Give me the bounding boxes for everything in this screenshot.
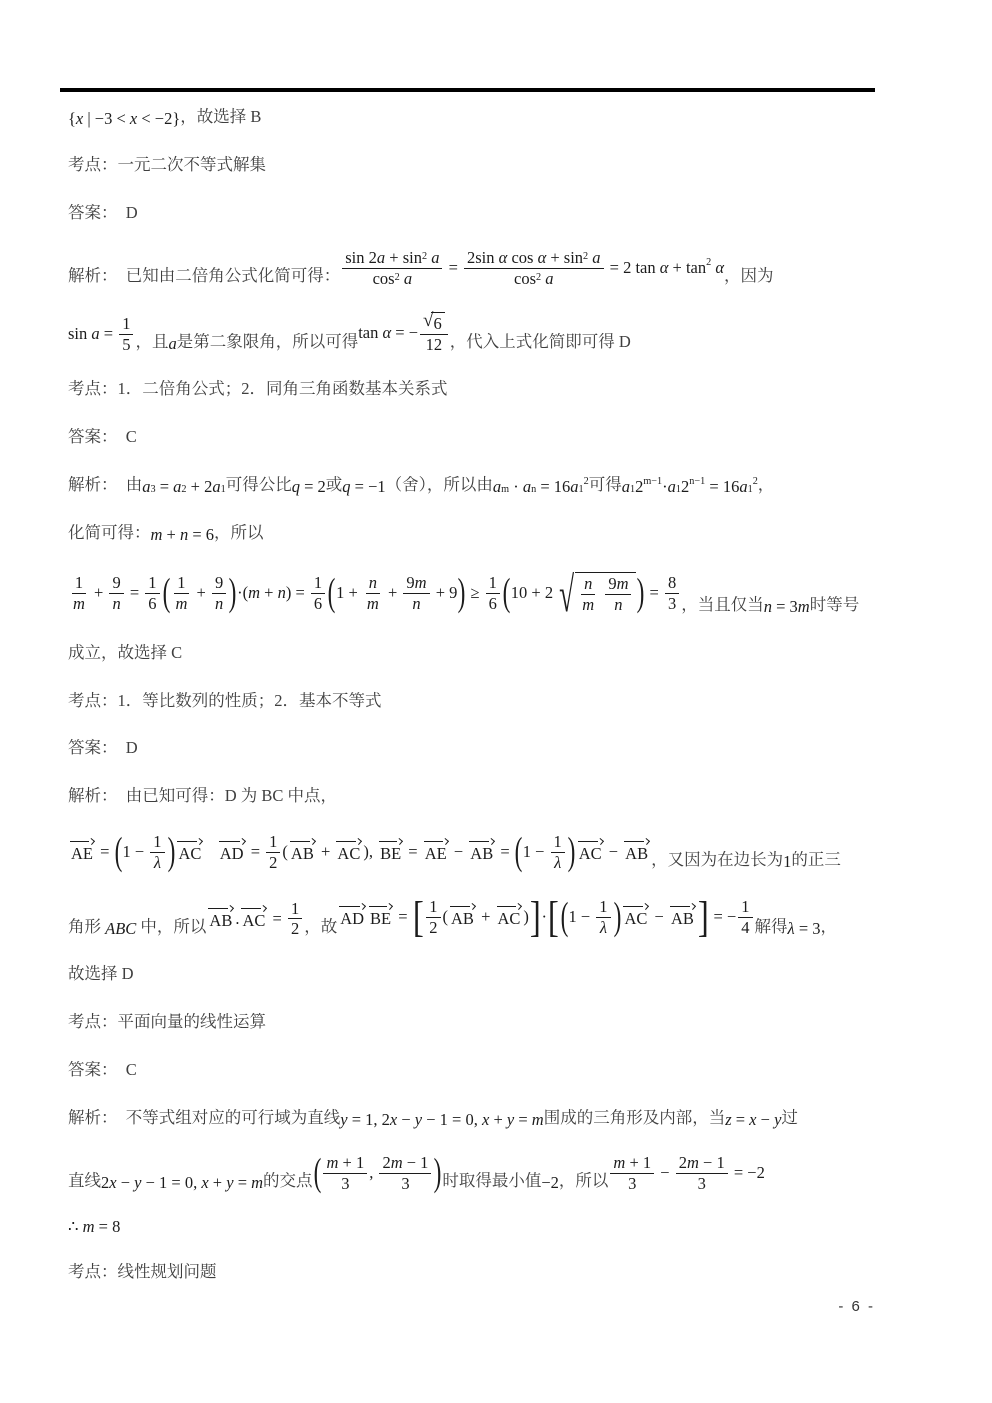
math-variable: m bbox=[617, 574, 629, 594]
fraction-denominator: λ bbox=[597, 918, 610, 938]
math-fraction: nm bbox=[364, 573, 382, 614]
math-text: 1 bbox=[554, 832, 562, 852]
fraction-numerator: 2sin α cos α + sin2 a bbox=[464, 248, 604, 269]
math-formula: λ = 3 bbox=[788, 919, 821, 940]
math-fraction: 1λ bbox=[150, 832, 164, 873]
open-delimiter: ( bbox=[328, 574, 336, 613]
math-text: = 2 tan bbox=[606, 258, 660, 279]
math-group: (m + n) bbox=[243, 583, 292, 604]
paragraph-text: 化简可得： bbox=[68, 521, 151, 546]
paragraph-text: 可得公比 bbox=[226, 473, 292, 498]
math-text: + bbox=[162, 525, 180, 546]
paragraph-text: 故选择 D bbox=[68, 962, 134, 987]
sqrt-content: nm 9mn bbox=[575, 572, 636, 615]
math-variable: a bbox=[541, 269, 553, 289]
fraction-denominator: n bbox=[409, 594, 423, 614]
math-variable: a bbox=[168, 334, 176, 355]
math-group: (1 − 1λ) bbox=[514, 832, 576, 873]
math-group: (m + 13, 2m − 13) bbox=[313, 1153, 443, 1194]
math-text: 1 bbox=[148, 573, 156, 593]
math-text: + sin bbox=[385, 248, 422, 268]
math-text: = bbox=[247, 842, 265, 863]
fraction-denominator: m bbox=[172, 594, 190, 614]
group-content: 10 + 2√nm 9mn bbox=[511, 568, 637, 618]
paragraph-text: 答案： C bbox=[68, 425, 137, 450]
fraction-numerator: 1 bbox=[738, 897, 752, 918]
paragraph-text: ，所以 bbox=[214, 521, 264, 546]
paragraph-text: ， bbox=[758, 473, 775, 498]
math-text: 1 bbox=[599, 897, 607, 917]
paragraph-text: 中，所以 bbox=[136, 915, 206, 940]
close-delimiter: ) bbox=[613, 898, 621, 937]
math-superscript: 2 bbox=[536, 273, 541, 283]
fraction-numerator: 1 bbox=[311, 573, 325, 594]
math-text: < −2} bbox=[137, 109, 180, 130]
math-text: 1 − bbox=[523, 842, 549, 863]
open-delimiter: ( bbox=[514, 833, 522, 872]
group-content: 1 − 1λ bbox=[568, 897, 612, 938]
math-fraction: √612 bbox=[420, 312, 448, 355]
math-vector: AC bbox=[577, 840, 604, 865]
math-formula: (m + 13, 2m − 13) bbox=[313, 1153, 443, 1194]
fraction-numerator: 2m − 1 bbox=[676, 1153, 728, 1174]
math-text: 3 bbox=[628, 1174, 636, 1194]
math-text: + 1 bbox=[338, 1153, 364, 1173]
math-text: sin 2 bbox=[345, 248, 377, 268]
paragraph-text: 角形 bbox=[68, 915, 105, 940]
math-text: + bbox=[317, 842, 335, 863]
math-formula: a3 = a2 + 2a1 bbox=[142, 477, 225, 498]
fraction-numerator: m + 1 bbox=[323, 1153, 367, 1174]
math-text: = 3 bbox=[795, 919, 821, 940]
math-text: 9 bbox=[406, 573, 414, 593]
math-fraction: nm bbox=[579, 574, 597, 615]
math-text: − 1 = 0, bbox=[422, 1110, 482, 1131]
paragraph-text: 解析： 由已知可得：D 为 BC 中点， bbox=[68, 784, 337, 809]
math-text: ∴ bbox=[68, 1217, 83, 1238]
paragraph-text: 可得 bbox=[589, 473, 622, 498]
paragraph-9: 化简可得：m + n = 6，所以 bbox=[68, 521, 880, 546]
math-subscript: 2 bbox=[181, 485, 186, 495]
math-text: = bbox=[645, 583, 663, 604]
math-variable: q bbox=[342, 477, 350, 498]
math-fraction: 16 bbox=[311, 573, 325, 614]
paragraph-14: 解析： 由已知可得：D 为 BC 中点， bbox=[68, 784, 880, 809]
fraction-denominator: n bbox=[109, 594, 123, 614]
paragraph-text: ，故选择 B bbox=[180, 105, 261, 130]
paragraph-text: 的正三 bbox=[791, 848, 841, 873]
math-text: 6 bbox=[433, 314, 441, 334]
fraction-denominator: 3 bbox=[695, 1174, 709, 1194]
open-delimiter: ( bbox=[114, 833, 122, 872]
math-variable: y bbox=[774, 1110, 781, 1131]
math-formula: 2x − y − 1 = 0, x + y = m bbox=[101, 1173, 263, 1194]
math-text: 3 bbox=[668, 594, 676, 614]
fraction-numerator: 1 bbox=[145, 573, 159, 594]
fraction-denominator: λ bbox=[151, 853, 164, 873]
math-sqrt: √nm 9mn bbox=[553, 568, 636, 618]
math-text: − bbox=[450, 842, 468, 863]
math-variable: a bbox=[91, 324, 99, 345]
math-text: 3 bbox=[341, 1174, 349, 1194]
open-delimiter: ( bbox=[502, 574, 510, 613]
math-text: 2 bbox=[679, 1153, 687, 1173]
radical-sign-icon: √ bbox=[559, 570, 574, 620]
math-text: 5 bbox=[122, 335, 130, 355]
math-vector: BE bbox=[368, 905, 393, 930]
paragraph-text: 考点：1．等比数列的性质；2．基本不等式 bbox=[68, 689, 382, 714]
math-text: = bbox=[126, 583, 144, 604]
math-text: 1 + bbox=[336, 583, 362, 604]
math-text: = −2 bbox=[730, 1163, 765, 1184]
math-variable: λ bbox=[600, 918, 607, 938]
fraction-numerator: n bbox=[581, 574, 595, 595]
math-text: = bbox=[100, 324, 118, 345]
fraction-denominator: 3 bbox=[398, 1174, 412, 1194]
fraction-numerator: 9m bbox=[403, 573, 429, 594]
math-group: (AB + AC) bbox=[443, 905, 529, 930]
math-text: 2 bbox=[429, 918, 437, 938]
math-text: + 1 bbox=[625, 1153, 651, 1173]
math-vector: AB bbox=[669, 905, 696, 930]
paragraph-text: 考点：一元二次不等式解集 bbox=[68, 153, 266, 178]
math-text: 2 bbox=[269, 853, 277, 873]
math-formula: ADBE = [12(AB + AC)]·[(1 − 1λ)AC − AB] =… bbox=[337, 896, 754, 940]
math-vector: AB bbox=[468, 840, 495, 865]
math-variable: m bbox=[367, 594, 379, 614]
math-text: 1 bbox=[783, 852, 791, 873]
math-text: − bbox=[757, 1110, 775, 1131]
math-variable: n bbox=[764, 597, 772, 618]
math-text: = 16 bbox=[705, 477, 739, 498]
math-fraction: 16 bbox=[145, 573, 159, 614]
math-formula: {x | −3 < x < −2} bbox=[68, 109, 180, 130]
math-variable: m bbox=[687, 1153, 699, 1173]
math-text: 2sin bbox=[467, 248, 499, 268]
paragraph-text: 解析： 已知由二倍角公式化简可得： bbox=[68, 264, 340, 289]
math-variable: a bbox=[377, 248, 385, 268]
math-variable: m bbox=[248, 583, 260, 604]
math-vector: AD bbox=[338, 905, 366, 930]
math-formula: q = −1 bbox=[342, 477, 385, 498]
math-vector: AE bbox=[423, 840, 449, 865]
fraction-denominator: cos2 a bbox=[370, 269, 415, 289]
math-text: = bbox=[96, 842, 114, 863]
fraction-denominator: 12 bbox=[423, 335, 446, 355]
math-text: 6 bbox=[148, 594, 156, 614]
fraction-numerator: 1 bbox=[174, 573, 188, 594]
math-variable: x bbox=[482, 1110, 489, 1131]
math-text: + bbox=[192, 583, 210, 604]
math-fraction: 9mn bbox=[403, 573, 429, 614]
group-content: m + 13, 2m − 13 bbox=[321, 1153, 433, 1194]
document-content: {x | −3 < x < −2}，故选择 B考点：一元二次不等式解集答案： D… bbox=[68, 82, 880, 1308]
paragraph-text: （舍），所以由 bbox=[386, 473, 493, 498]
open-delimiter: [ bbox=[413, 896, 424, 940]
math-text bbox=[599, 584, 603, 605]
math-text: 2 bbox=[101, 1173, 109, 1194]
math-variable: α bbox=[538, 248, 547, 268]
math-formula: m + 13 − 2m − 13 = −2 bbox=[608, 1153, 764, 1194]
math-sqrt: √6 bbox=[423, 312, 445, 334]
fraction-numerator: √6 bbox=[420, 312, 448, 335]
paragraph-text: 解析： 不等式组对应的可行域为直线 bbox=[68, 1106, 340, 1131]
paragraph-text: ，又因为在边长为 bbox=[651, 848, 783, 873]
fraction-numerator: 1 bbox=[288, 899, 302, 920]
math-variable: λ bbox=[554, 853, 561, 873]
math-variable: a bbox=[668, 477, 676, 498]
math-variable: a bbox=[142, 477, 150, 498]
math-text: 6 bbox=[314, 594, 322, 614]
math-text: − bbox=[650, 907, 668, 928]
fraction-denominator: cos2 a bbox=[511, 269, 556, 289]
math-superscript: m−1 bbox=[643, 477, 662, 487]
fraction-numerator: 9m bbox=[605, 574, 631, 595]
math-variable: x bbox=[109, 1173, 116, 1194]
group-content: 1 − 1λ bbox=[523, 832, 567, 873]
math-text: 3 bbox=[698, 1174, 706, 1194]
math-variable: a bbox=[493, 477, 501, 498]
paragraph-text: 考点：平面向量的线性运算 bbox=[68, 1010, 266, 1035]
math-formula: AB.AC = 12 bbox=[206, 899, 304, 940]
fraction-numerator: sin 2a + sin2 a bbox=[342, 248, 442, 269]
math-formula: m + n = 6 bbox=[151, 525, 215, 546]
math-subscript: 1 bbox=[221, 485, 226, 495]
math-group: (1 − 1λ) bbox=[114, 832, 176, 873]
math-variable: q bbox=[292, 477, 300, 498]
fraction-denominator: 2 bbox=[288, 919, 302, 939]
paragraph-15: AE = (1 − 1λ)AC AD = 12(AB + AC), BE = A… bbox=[68, 832, 880, 873]
math-text: 1 bbox=[429, 897, 437, 917]
math-variable: x bbox=[130, 109, 137, 130]
close-delimiter: ] bbox=[698, 896, 709, 940]
group-content: 1 + nm + 9mn + 9 bbox=[336, 573, 457, 614]
math-group: (AB + AC) bbox=[282, 840, 368, 865]
math-text: 9 bbox=[215, 573, 223, 593]
math-group: (1 − 1λ) bbox=[560, 897, 622, 938]
paragraph-text: 时取得最小值 bbox=[442, 1169, 541, 1194]
math-subscript: n bbox=[531, 485, 536, 495]
paragraph-8: 解析： 由a3 = a2 + 2a1可得公比q = 2或q = −1（舍），所以… bbox=[68, 473, 880, 498]
math-variable: a bbox=[622, 477, 630, 498]
math-fraction: 12 bbox=[288, 899, 302, 940]
math-text: = bbox=[444, 258, 462, 279]
math-text: + tan bbox=[668, 258, 706, 279]
math-vector: AC bbox=[335, 840, 362, 865]
math-text: − bbox=[605, 842, 623, 863]
paragraph-text: 过 bbox=[781, 1106, 798, 1131]
fraction-denominator: 3 bbox=[625, 1174, 639, 1194]
paragraph-16: 角形 ABC 中，所以AB.AC = 12，故ADBE = [12(AB + A… bbox=[68, 896, 880, 940]
paragraph-text: 解析： 由 bbox=[68, 473, 142, 498]
math-fraction: 1λ bbox=[551, 832, 565, 873]
group-content: 12(AB + AC) bbox=[424, 897, 529, 938]
paragraph-22: ∴ m = 8 bbox=[68, 1217, 880, 1238]
paragraph-text: 时等号 bbox=[810, 593, 860, 618]
open-delimiter: ( bbox=[313, 1154, 321, 1193]
math-variable: n bbox=[215, 594, 223, 614]
math-text: 2 bbox=[382, 1153, 390, 1173]
math-text: 12 bbox=[426, 335, 443, 355]
math-text: + bbox=[489, 1110, 507, 1131]
math-subscript: 1 bbox=[676, 485, 681, 495]
math-variable: a bbox=[588, 248, 600, 268]
math-formula: z = x − y bbox=[725, 1110, 781, 1131]
math-text: + sin bbox=[546, 248, 583, 268]
math-text: + bbox=[477, 907, 495, 928]
math-text: − 1 bbox=[699, 1153, 725, 1173]
math-variable: a bbox=[427, 248, 439, 268]
group-content: AB + AC bbox=[448, 905, 523, 930]
math-text: = bbox=[496, 842, 514, 863]
math-text: − bbox=[397, 1110, 415, 1131]
math-text: = − bbox=[391, 323, 418, 344]
fraction-numerator: 1 bbox=[596, 897, 610, 918]
math-formula: ABC bbox=[105, 919, 136, 940]
math-group: (10 + 2√nm 9mn) bbox=[502, 568, 646, 618]
fraction-numerator: n bbox=[366, 573, 380, 594]
fraction-numerator: 8 bbox=[665, 573, 679, 594]
math-variable: x bbox=[201, 1173, 208, 1194]
math-formula: a12m−1·a12n−1 = 16a12 bbox=[622, 477, 758, 498]
fraction-numerator: m + 1 bbox=[610, 1153, 654, 1174]
fraction-denominator: 2 bbox=[266, 853, 280, 873]
math-text: 1 bbox=[489, 573, 497, 593]
math-text: 1 − bbox=[568, 907, 594, 928]
fraction-numerator: 1 bbox=[72, 573, 86, 594]
document-page: {x | −3 < x < −2}，故选择 B考点：一元二次不等式解集答案： D… bbox=[0, 0, 992, 1403]
close-delimiter: ) bbox=[167, 833, 175, 872]
fraction-numerator: 1 bbox=[486, 573, 500, 594]
math-text: cos bbox=[373, 269, 395, 289]
math-vector: AD bbox=[218, 840, 246, 865]
math-group: [(1 − 1λ)AC − AB] bbox=[547, 896, 709, 940]
math-subscript: 1 bbox=[630, 485, 635, 495]
math-text: −2 bbox=[541, 1173, 559, 1194]
fraction-denominator: n bbox=[212, 594, 226, 614]
paragraph-text: 解得 bbox=[755, 915, 788, 940]
group-content: 1 − 1λ bbox=[122, 832, 166, 873]
paragraph-text: 围成的三角形及内部，当 bbox=[544, 1106, 726, 1131]
group-content: 1m + 9n bbox=[170, 573, 228, 614]
fraction-denominator: n bbox=[611, 595, 625, 615]
math-text: 2 bbox=[291, 919, 299, 939]
math-text: = bbox=[514, 1110, 532, 1131]
paragraph-4: 解析： 已知由二倍角公式化简可得：sin 2a + sin2 acos2 a =… bbox=[68, 248, 880, 289]
math-text: 1 bbox=[153, 832, 161, 852]
math-text: = bbox=[404, 842, 422, 863]
math-text: = bbox=[291, 583, 309, 604]
math-variable: m bbox=[151, 525, 163, 546]
paragraph-text: 考点：1．二倍角公式；2．同角三角函数基本关系式 bbox=[68, 377, 448, 402]
math-variable: λ bbox=[154, 853, 161, 873]
math-variable: x bbox=[749, 1110, 756, 1131]
fraction-denominator: 5 bbox=[119, 335, 133, 355]
math-fraction: 2sin α cos α + sin2 acos2 a bbox=[464, 248, 604, 289]
math-variable: y bbox=[134, 1173, 141, 1194]
math-text: 10 + 2 bbox=[511, 583, 553, 604]
math-superscript: 2 bbox=[422, 252, 427, 262]
paragraph-10: 1m + 9n = 16(1m + 9n)·(m + n) = 16(1 + n… bbox=[68, 568, 880, 618]
math-text: = 2 bbox=[300, 477, 326, 498]
close-delimiter: ) bbox=[637, 574, 645, 613]
math-variable: n bbox=[412, 594, 420, 614]
math-vector: AC bbox=[240, 907, 267, 932]
math-variable: m bbox=[798, 597, 810, 618]
group-content: m + n bbox=[248, 583, 286, 604]
math-text: + bbox=[209, 1173, 227, 1194]
math-variable: m bbox=[73, 594, 85, 614]
math-vector: AE bbox=[69, 840, 95, 865]
fraction-numerator: 9 bbox=[212, 573, 226, 594]
math-variable: n bbox=[180, 525, 188, 546]
math-text: 2 bbox=[681, 477, 689, 498]
open-delimiter: ( bbox=[162, 574, 170, 613]
math-text: tan bbox=[358, 323, 382, 344]
math-variable: y bbox=[415, 1110, 422, 1131]
math-variable: ABC bbox=[105, 919, 136, 940]
paragraph-13: 答案： D bbox=[68, 736, 880, 761]
paragraph-text: ， bbox=[821, 915, 838, 940]
math-text: = 1, 2 bbox=[348, 1110, 390, 1131]
math-text: − bbox=[117, 1173, 135, 1194]
close-delimiter: ) bbox=[523, 909, 529, 926]
math-fraction: 12 bbox=[266, 832, 280, 873]
math-text: . bbox=[235, 909, 239, 930]
paragraph-text: 直线 bbox=[68, 1169, 101, 1194]
paragraph-11: 成立，故选择 C bbox=[68, 641, 880, 666]
math-group: (1m + 9n) bbox=[162, 573, 238, 614]
math-superscript: 2 bbox=[395, 273, 400, 283]
math-text: 1 − bbox=[122, 842, 148, 863]
math-subscript: m bbox=[501, 485, 509, 495]
math-variable: n bbox=[584, 574, 592, 594]
paragraph-text: 的交点 bbox=[263, 1169, 313, 1194]
math-fraction: 9mn bbox=[605, 574, 631, 615]
paragraph-18: 考点：平面向量的线性运算 bbox=[68, 1010, 880, 1035]
math-text: 1 bbox=[291, 899, 299, 919]
math-fraction: 2m − 13 bbox=[379, 1153, 431, 1194]
math-text: = bbox=[394, 907, 412, 928]
math-text: 3 bbox=[401, 1174, 409, 1194]
paragraph-text: 答案： C bbox=[68, 1058, 137, 1083]
math-formula: 1 bbox=[783, 852, 791, 873]
math-text: , bbox=[369, 1163, 377, 1184]
math-formula: y = 1, 2x − y − 1 = 0, x + y = m bbox=[340, 1110, 543, 1131]
math-text bbox=[204, 842, 216, 863]
paragraph-3: 答案： D bbox=[68, 201, 880, 226]
math-variable: m bbox=[175, 594, 187, 614]
math-variable: m bbox=[326, 1153, 338, 1173]
math-variable: m bbox=[83, 1217, 95, 1238]
math-text: + 2 bbox=[187, 477, 213, 498]
math-text: cos bbox=[514, 269, 536, 289]
paragraph-text: 成立，故选择 C bbox=[68, 641, 182, 666]
fraction-denominator: 2 bbox=[426, 918, 440, 938]
math-text: 8 bbox=[668, 573, 676, 593]
math-text: 6 bbox=[489, 594, 497, 614]
math-superscript: 2 bbox=[583, 252, 588, 262]
math-variable: m bbox=[391, 1153, 403, 1173]
paragraph-text: 是第二象限角，所以可得 bbox=[177, 330, 359, 355]
paragraph-1: {x | −3 < x < −2}，故选择 B bbox=[68, 105, 880, 130]
math-fraction: 83 bbox=[665, 573, 679, 614]
math-variable: α bbox=[660, 258, 669, 279]
math-vector: BE bbox=[378, 840, 403, 865]
fraction-denominator: 6 bbox=[311, 594, 325, 614]
math-text: = bbox=[732, 1110, 750, 1131]
fraction-numerator: 2m − 1 bbox=[379, 1153, 431, 1174]
